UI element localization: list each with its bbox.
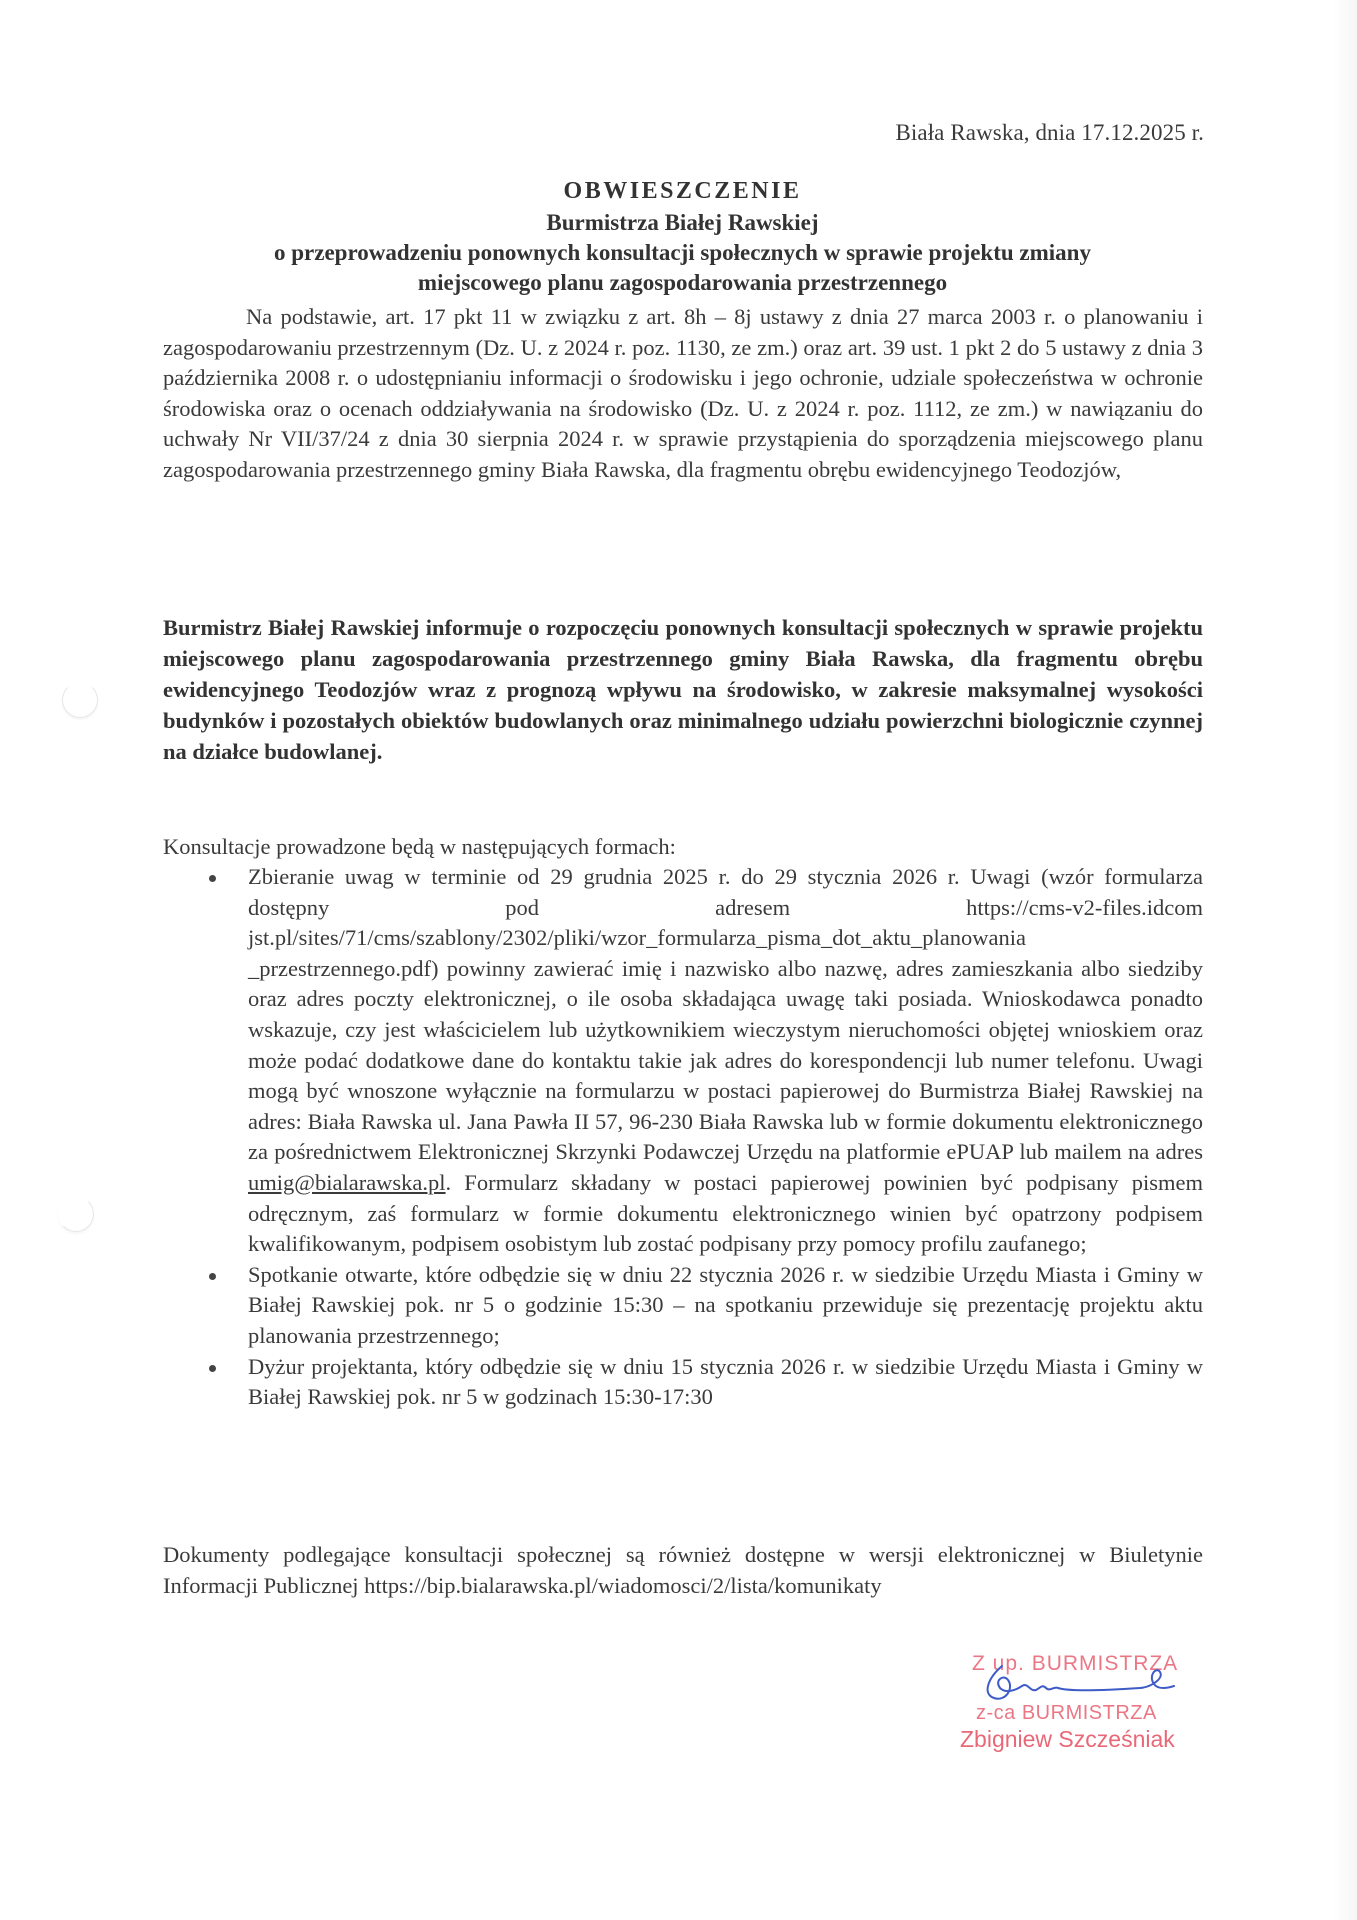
consultation-forms-lead: Konsultacje prowadzone będą w następując… [163, 832, 1203, 863]
bullet-icon [209, 875, 216, 882]
handwritten-signature-icon [980, 1658, 1180, 1708]
announcement-paragraph: Burmistrz Białej Rawskiej informuje o ro… [163, 612, 1203, 767]
punch-hole-mark [62, 682, 98, 718]
form-text: Dyżur projektanta, który odbędzie się w … [248, 1354, 1203, 1410]
document-subject-line-1: o przeprowadzeniu ponownych konsultacji … [160, 238, 1205, 268]
form-text-part-1: Zbieranie uwag w terminie od 29 grudnia … [248, 864, 1203, 1164]
document-page: Biała Rawska, dnia 17.12.2025 r. OBWIESZ… [0, 0, 1357, 1920]
document-issuer: Burmistrza Białej Rawskiej [160, 208, 1205, 238]
scan-edge-shadow [1333, 0, 1357, 1920]
list-item: Dyżur projektanta, który odbędzie się w … [163, 1352, 1203, 1413]
list-item: Zbieranie uwag w terminie od 29 grudnia … [163, 862, 1203, 1260]
list-item: Spotkanie otwarte, które odbędzie się w … [163, 1260, 1203, 1352]
form-text: Spotkanie otwarte, które odbędzie się w … [248, 1262, 1203, 1348]
legal-basis-paragraph: Na podstawie, art. 17 pkt 11 w związku z… [163, 302, 1203, 486]
document-title: OBWIESZCZENIE [160, 176, 1205, 206]
stamp-signer-name: Zbigniew Szcześniak [960, 1726, 1175, 1753]
place-and-date: Biała Rawska, dnia 17.12.2025 r. [895, 120, 1204, 146]
closing-paragraph: Dokumenty podlegające konsultacji społec… [163, 1540, 1203, 1601]
document-heading: OBWIESZCZENIE Burmistrza Białej Rawskiej… [160, 176, 1205, 298]
bullet-icon [209, 1273, 216, 1280]
email-link[interactable]: umig@bialarawska.pl [248, 1170, 446, 1195]
punch-hole-mark [58, 1196, 94, 1232]
legal-basis-text: Na podstawie, art. 17 pkt 11 w związku z… [163, 304, 1203, 482]
consultation-forms-list: Zbieranie uwag w terminie od 29 grudnia … [163, 862, 1203, 1413]
official-stamp: Z up. BURMISTRZA z-ca BURMISTRZA Zbignie… [950, 1652, 1200, 1762]
stamp-line-2: z-ca BURMISTRZA [976, 1702, 1157, 1725]
document-subject-line-2: miejscowego planu zagospodarowania przes… [160, 268, 1205, 298]
bullet-icon [209, 1365, 216, 1372]
